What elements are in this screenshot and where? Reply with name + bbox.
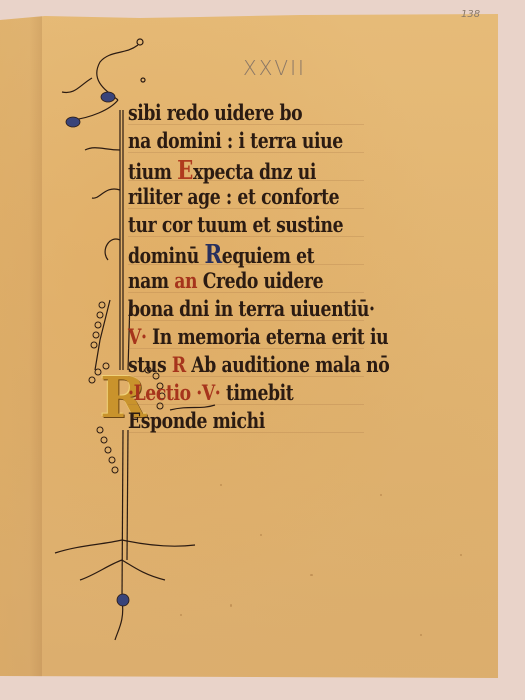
text-span: timebit [226, 380, 293, 405]
text-line: bona dni in terra uiuentiū· [128, 296, 375, 324]
text-span: equiem et [222, 243, 314, 268]
text-span: riliter age : et conforte [128, 184, 339, 209]
text-line: tur cor tuum et sustine [128, 212, 343, 240]
text-span: xpecta dnz ui [193, 159, 316, 184]
text-line: sibi redo uidere bo [128, 100, 302, 128]
text-span: Ab auditione mala nō [191, 352, 389, 377]
text-line: stus R Ab auditione mala nō [128, 352, 389, 380]
text-line: dominū Requiem et [128, 240, 314, 268]
text-span: Esponde michi [128, 408, 265, 433]
text-line: nam an Credo uidere [128, 268, 323, 296]
rubric-span: V· [128, 324, 152, 349]
text-line: riliter age : et conforte [128, 184, 339, 212]
text-span: bona dni in terra uiuentiū· [128, 296, 375, 321]
text-span: stus [128, 352, 172, 377]
text-line: tium Expecta dnz ui [128, 156, 316, 184]
rubric-span: R [172, 352, 191, 377]
text-span: dominū [128, 243, 204, 268]
rubric-span: an [174, 268, 202, 293]
blue-initial-span: R [204, 240, 221, 270]
text-span: In memoria eterna erit iu [152, 324, 388, 349]
text-span: nam [128, 268, 174, 293]
red-initial-span: E [177, 156, 193, 186]
text-line: na domini : i terra uiue [128, 128, 343, 156]
rubric-span: ·Lectio ·V· [128, 380, 226, 405]
text-line: V· In memoria eterna erit iu [128, 324, 388, 352]
text-span: tur cor tuum et sustine [128, 212, 343, 237]
text-span: na domini : i terra uiue [128, 128, 343, 153]
text-span: Credo uidere [203, 268, 323, 293]
text-span: tium [128, 159, 177, 184]
text-line: ·Lectio ·V· timebit [128, 380, 293, 408]
text-span: redo uidere bo [167, 100, 302, 125]
text-line: Esponde michi [128, 408, 265, 436]
text-span: sibi [128, 100, 167, 125]
